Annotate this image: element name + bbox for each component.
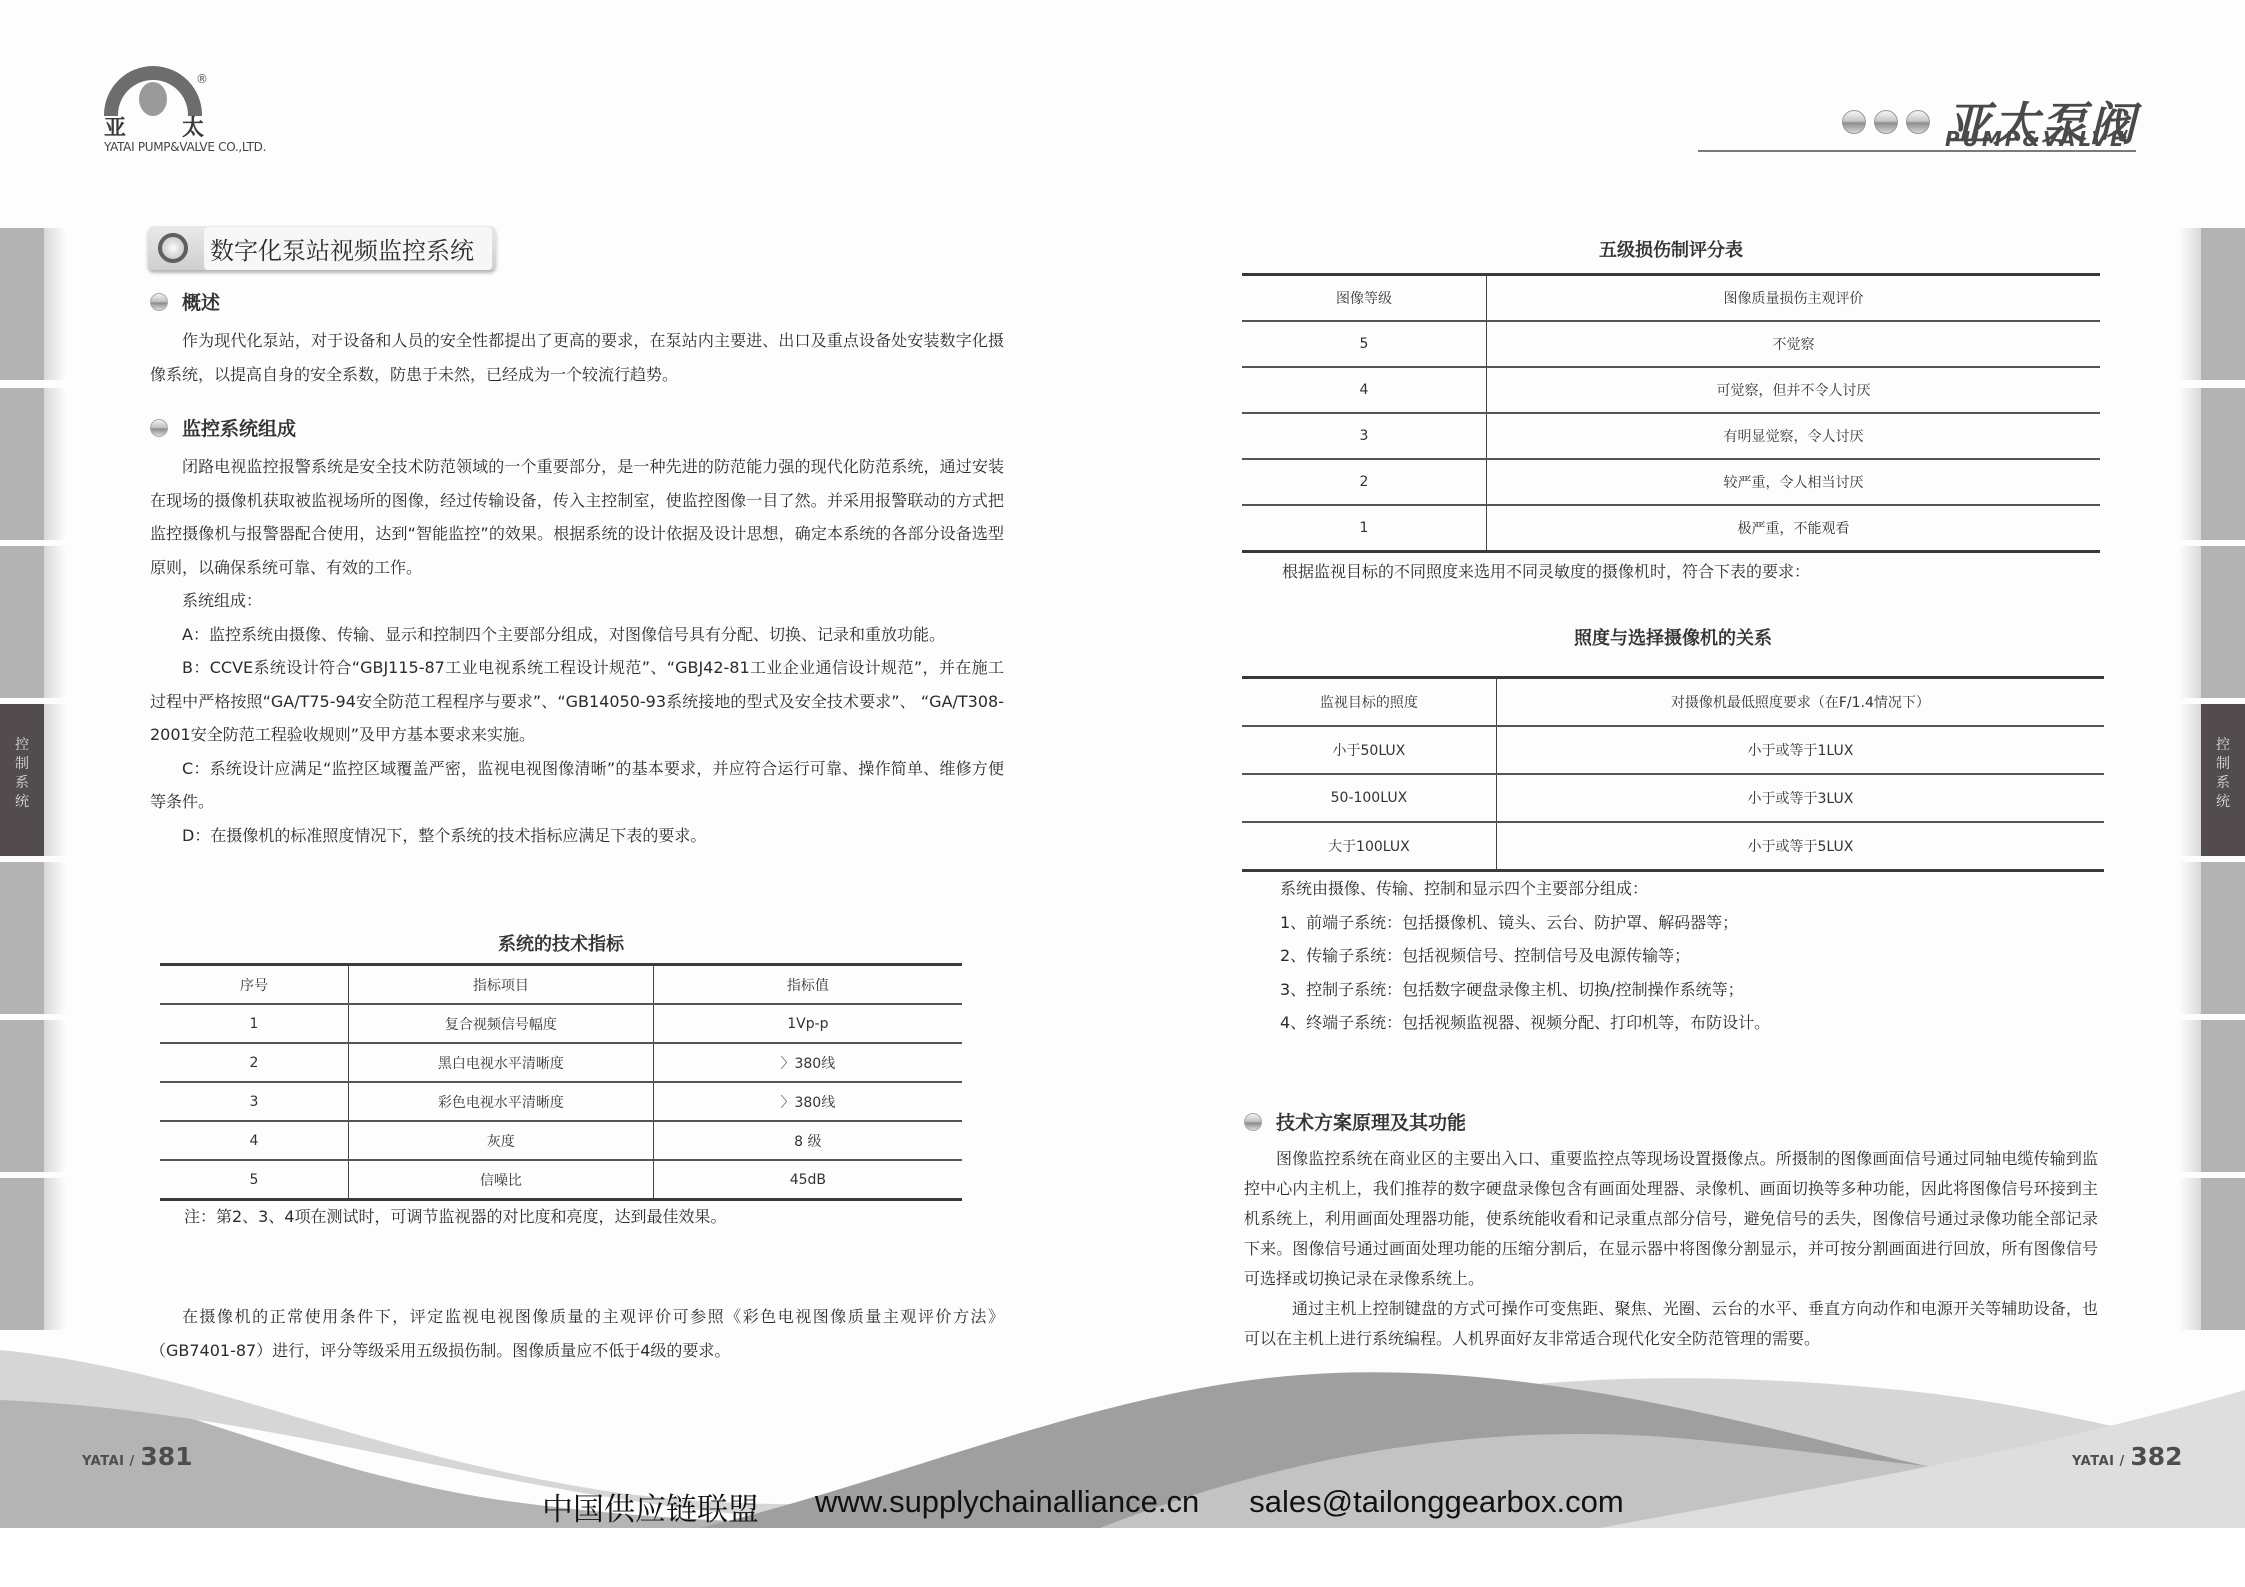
side-tab-label: 控制系统 <box>2201 736 2245 812</box>
side-tab[interactable] <box>2201 228 2245 380</box>
composition-intro: 闭路电视监控报警系统是安全技术防范领域的一个重要部分，是一种先进的防范能力强的现… <box>150 450 1004 584</box>
section-title-bar: 数字化泵站视频监控系统 <box>148 226 496 270</box>
table-cell: 5 <box>1242 321 1487 367</box>
subsystems-list: 系统由摄像、传输、控制和显示四个主要部分组成： 1、前端子系统：包括摄像机、镜头… <box>1280 872 2100 1040</box>
grade-table-caption: 五级损伤制评分表 <box>1242 236 2100 262</box>
table-row: 1复合视频信号幅度1Vp-p <box>160 1004 962 1043</box>
table-row: 5信噪比45dB <box>160 1160 962 1200</box>
table-header-cell: 监视目标的照度 <box>1242 678 1496 727</box>
bullet-icon <box>1244 1113 1262 1131</box>
table-cell: 复合视频信号幅度 <box>348 1004 653 1043</box>
header-rule <box>1698 150 2136 152</box>
composition-item-b: B：CCVE系统设计符合“GBJ115-87工业电视系统工程设计规范”、“GBJ… <box>150 651 1004 752</box>
table-cell: 大于100LUX <box>1242 822 1496 871</box>
tab-shadow <box>44 862 66 1014</box>
tab-shadow <box>2179 388 2201 540</box>
table-cell: 1 <box>1242 505 1487 552</box>
table-cell: 不觉察 <box>1487 321 2100 367</box>
illumination-table-caption: 照度与选择摄像机的关系 <box>1242 624 2104 650</box>
side-tab[interactable] <box>0 388 44 540</box>
principle-body: 图像监控系统在商业区的主要出入口、重要监控点等现场设置摄像点。所摄制的图像画面信… <box>1244 1144 2098 1354</box>
table-cell: 小于或等于5LUX <box>1496 822 2104 871</box>
side-tab-control-system[interactable]: 控制系统 <box>2201 704 2245 856</box>
page-number: 381 <box>140 1442 192 1471</box>
composition-label: 系统组成： <box>150 584 1004 618</box>
side-tab[interactable] <box>2201 546 2245 698</box>
table-row: 5不觉察 <box>1242 321 2100 367</box>
side-tab-control-system[interactable]: 控制系统 <box>0 704 44 856</box>
composition-item-c: C：系统设计应满足“监控区域覆盖严密，监视电视图像清晰”的基本要求，并应符合运行… <box>150 752 1004 819</box>
table-cell: 小于50LUX <box>1242 726 1496 774</box>
table-header-cell: 指标值 <box>653 965 962 1005</box>
table-header-cell: 对摄像机最低照度要求（在F/1.4情况下） <box>1496 678 2104 727</box>
logo-char-ya: 亚 <box>104 111 126 142</box>
footer-website-link[interactable]: www.supplychainalliance.cn <box>815 1484 1199 1528</box>
footer-org: 中国供应链联盟 <box>542 1484 759 1528</box>
table-header-cell: 序号 <box>160 965 348 1005</box>
side-tab[interactable] <box>0 546 44 698</box>
side-tab[interactable] <box>0 1020 44 1172</box>
spec-table: 序号指标项目指标值1复合视频信号幅度1Vp-p2黑白电视水平清晰度〉380线3彩… <box>160 963 962 1201</box>
table-row: 1极严重，不能观看 <box>1242 505 2100 552</box>
composition-item-a: A：监控系统由摄像、传输、显示和控制四个主要部分组成，对图像信号具有分配、切换、… <box>150 618 1004 652</box>
subsystems-items: 1、前端子系统：包括摄像机、镜头、云台、防护罩、解码器等；2、传输子系统：包括视… <box>1280 906 2100 1040</box>
table-cell: 可觉察，但并不令人讨厌 <box>1487 367 2100 413</box>
table-row: 50-100LUX小于或等于3LUX <box>1242 774 2104 822</box>
ball-icon <box>1842 110 1866 134</box>
table-header-row: 序号指标项目指标值 <box>160 965 962 1005</box>
side-tab[interactable] <box>2201 388 2245 540</box>
table-cell: 〉380线 <box>653 1082 962 1121</box>
table-cell: 极严重，不能观看 <box>1487 505 2100 552</box>
table-row: 3有明显觉察，令人讨厌 <box>1242 413 2100 459</box>
table-row: 2黑白电视水平清晰度〉380线 <box>160 1043 962 1082</box>
illumination-table: 监视目标的照度对摄像机最低照度要求（在F/1.4情况下）小于50LUX小于或等于… <box>1242 676 2104 872</box>
table-cell: 1Vp-p <box>653 1004 962 1043</box>
illumination-intro: 根据监视目标的不同照度来选用不同灵敏度的摄像机时，符合下表的要求： <box>1282 555 1810 589</box>
side-tab-label: 控制系统 <box>0 736 44 812</box>
logo-char-tai: 太 <box>182 111 204 142</box>
brochure-spread: ® 亚 太 YATAI PUMP&VALVE CO.,LTD. 亚太泵阀 PUM… <box>0 0 2245 1528</box>
table-cell: 4 <box>1242 367 1487 413</box>
tab-shadow <box>44 388 66 540</box>
table-cell: 5 <box>160 1160 348 1200</box>
table-cell: 有明显觉察，令人讨厌 <box>1487 413 2100 459</box>
grade-table: 图像等级图像质量损伤主观评价5不觉察4可觉察，但并不令人讨厌3有明显觉察，令人讨… <box>1242 273 2100 553</box>
composition-body: 闭路电视监控报警系统是安全技术防范领域的一个重要部分，是一种先进的防范能力强的现… <box>150 450 1004 852</box>
subsystem-item: 2、传输子系统：包括视频信号、控制信号及电源传输等； <box>1280 939 2100 973</box>
subsystem-item: 3、控制子系统：包括数字硬盘录像主机、切换/控制操作系统等； <box>1280 973 2100 1007</box>
tab-shadow <box>2179 862 2201 1014</box>
heading-text: 技术方案原理及其功能 <box>1276 1108 1466 1135</box>
side-tab[interactable] <box>0 862 44 1014</box>
table-header-cell: 图像等级 <box>1242 275 1487 322</box>
table-cell: 45dB <box>653 1160 962 1200</box>
refresh-ring-icon <box>158 233 188 263</box>
table-row: 3彩色电视水平清晰度〉380线 <box>160 1082 962 1121</box>
brand-english: PUMP&VALVE <box>1945 127 2127 151</box>
table-row: 4灰度8 级 <box>160 1121 962 1160</box>
table-cell: 较严重，令人相当讨厌 <box>1487 459 2100 505</box>
table-cell: 黑白电视水平清晰度 <box>348 1043 653 1082</box>
table-cell: 1 <box>160 1004 348 1043</box>
table-cell: 小于或等于3LUX <box>1496 774 2104 822</box>
table-cell: 8 级 <box>653 1121 962 1160</box>
overview-paragraph: 作为现代化泵站，对于设备和人员的安全性都提出了更高的要求，在泵站内主要进、出口及… <box>150 324 1004 391</box>
subsystem-item: 1、前端子系统：包括摄像机、镜头、云台、防护罩、解码器等； <box>1280 906 2100 940</box>
tab-shadow <box>2179 546 2201 698</box>
table-header-row: 图像等级图像质量损伤主观评价 <box>1242 275 2100 322</box>
table-header-cell: 图像质量损伤主观评价 <box>1487 275 2100 322</box>
footer-watermark: 中国供应链联盟 www.supplychainalliance.cn sales… <box>542 1484 1624 1528</box>
principle-paragraph-1: 图像监控系统在商业区的主要出入口、重要监控点等现场设置摄像点。所摄制的图像画面信… <box>1244 1144 2098 1294</box>
side-tab[interactable] <box>2201 1020 2245 1172</box>
tab-shadow <box>44 1178 66 1330</box>
subsystem-item: 4、终端子系统：包括视频监视器、视频分配、打印机等，布防设计。 <box>1280 1006 2100 1040</box>
page-title: 数字化泵站视频监控系统 <box>204 227 492 270</box>
composition-item-d: D：在摄像机的标准照度情况下，整个系统的技术指标应满足下表的要求。 <box>150 819 1004 853</box>
tab-shadow <box>44 704 66 856</box>
table-cell: 彩色电视水平清晰度 <box>348 1082 653 1121</box>
decorative-balls <box>1842 110 1930 134</box>
ball-icon <box>1906 110 1930 134</box>
table-cell: 50-100LUX <box>1242 774 1496 822</box>
page-brand: YATAI / <box>82 1454 135 1469</box>
heading-composition: 监控系统组成 <box>150 414 296 441</box>
subsystems-intro: 系统由摄像、传输、控制和显示四个主要部分组成： <box>1280 872 2100 906</box>
tab-shadow <box>44 546 66 698</box>
table-header-row: 监视目标的照度对摄像机最低照度要求（在F/1.4情况下） <box>1242 678 2104 727</box>
bullet-icon <box>150 419 168 437</box>
table-cell: 信噪比 <box>348 1160 653 1200</box>
footer-email-link[interactable]: sales@tailonggearbox.com <box>1249 1484 1623 1528</box>
table-cell: 4 <box>160 1121 348 1160</box>
table-cell: 3 <box>1242 413 1487 459</box>
heading-overview: 概述 <box>150 288 220 315</box>
heading-principle: 技术方案原理及其功能 <box>1244 1108 1466 1135</box>
right-page-number: YATAI / 382 <box>2072 1442 2183 1471</box>
table-cell: 2 <box>160 1043 348 1082</box>
table-cell: 〉380线 <box>653 1043 962 1082</box>
registered-mark: ® <box>196 72 208 86</box>
table-cell: 2 <box>1242 459 1487 505</box>
spec-table-caption: 系统的技术指标 <box>160 930 962 956</box>
tab-shadow <box>44 1020 66 1172</box>
side-tab[interactable] <box>0 228 44 380</box>
left-page-number: YATAI / 381 <box>82 1442 193 1471</box>
page-brand: YATAI / <box>2072 1454 2125 1469</box>
table-row: 2较严重，令人相当讨厌 <box>1242 459 2100 505</box>
ball-icon <box>1874 110 1898 134</box>
heading-text: 监控系统组成 <box>182 414 296 441</box>
bullet-icon <box>150 293 168 311</box>
tab-shadow <box>2179 228 2201 380</box>
side-tab[interactable] <box>2201 1178 2245 1330</box>
table-row: 小于50LUX小于或等于1LUX <box>1242 726 2104 774</box>
tab-shadow <box>2179 704 2201 856</box>
table-cell: 灰度 <box>348 1121 653 1160</box>
table-row: 大于100LUX小于或等于5LUX <box>1242 822 2104 871</box>
table-row: 4可觉察，但并不令人讨厌 <box>1242 367 2100 413</box>
table-cell: 3 <box>160 1082 348 1121</box>
tab-shadow <box>44 228 66 380</box>
company-english-name: YATAI PUMP&VALVE CO.,LTD. <box>104 140 266 154</box>
side-tab[interactable] <box>0 1178 44 1330</box>
spec-table-note: 注：第2、3、4项在测试时，可调节监视器的对比度和亮度，达到最佳效果。 <box>184 1200 727 1234</box>
logo-chinese-name: 亚 太 <box>104 111 204 142</box>
side-tab[interactable] <box>2201 862 2245 1014</box>
heading-text: 概述 <box>182 288 220 315</box>
table-header-cell: 指标项目 <box>348 965 653 1005</box>
tab-shadow <box>2179 1020 2201 1172</box>
page-number: 382 <box>2130 1442 2182 1471</box>
table-cell: 小于或等于1LUX <box>1496 726 2104 774</box>
tab-shadow <box>2179 1178 2201 1330</box>
